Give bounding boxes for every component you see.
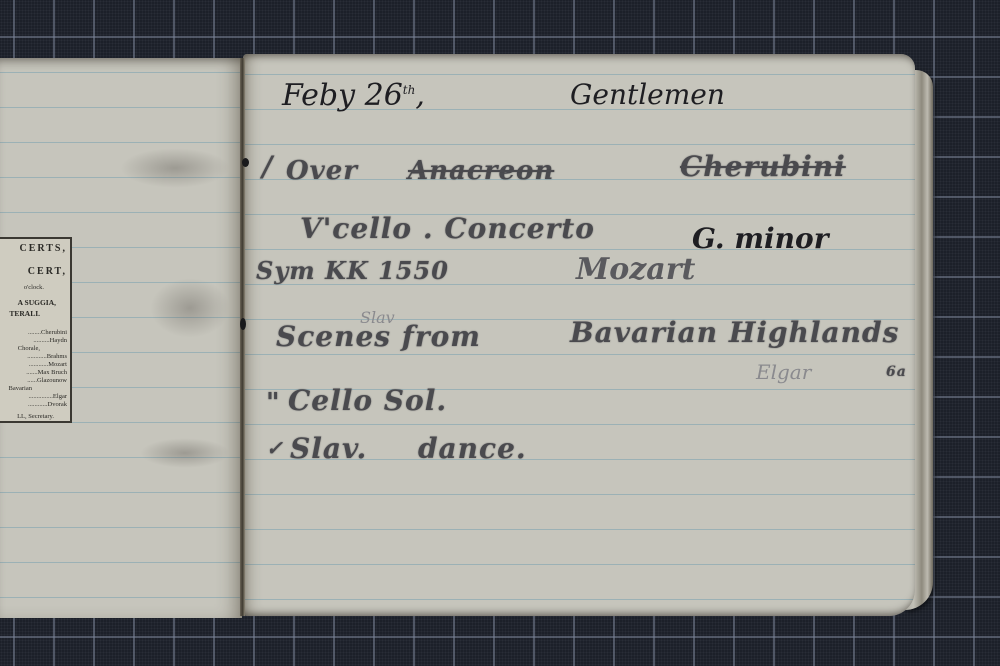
clipping-performer: A SUGGIA, — [18, 298, 56, 307]
clipping-subheader: CERT, — [28, 266, 67, 277]
smudge — [120, 148, 230, 188]
margin-note: 6a — [886, 364, 907, 380]
check-mark: ✓ — [266, 436, 284, 460]
program-item: ..........Haydn — [33, 337, 67, 344]
check-mark: / — [262, 150, 273, 183]
program-item: Bavarian — [9, 385, 32, 392]
entry-key: G. minor — [692, 222, 828, 255]
program-item: ...............Elgar — [29, 393, 67, 400]
smudge — [140, 438, 230, 468]
date: Feby 26th, — [282, 78, 425, 113]
ditto-mark: " — [266, 388, 281, 418]
entry-title: Sym KK 1550 — [256, 256, 449, 285]
entry-title: Over — [286, 156, 358, 186]
entry-title: V'cello . Concerto — [300, 212, 595, 245]
program-item: ......Glazounow — [27, 377, 67, 384]
newspaper-clipping: CERTS, CERT, o'clock. A SUGGIA, TERALI. … — [0, 237, 72, 423]
notebook-scan: CERTS, CERT, o'clock. A SUGGIA, TERALI. … — [0, 0, 1000, 666]
clipping-time: o'clock. — [24, 284, 44, 291]
clipping-header: CERTS, — [20, 243, 68, 254]
clipping-performer: TERALI. — [9, 309, 40, 318]
program-item: .......Max Bruch — [26, 369, 67, 376]
program-item: ............Brahms — [27, 353, 67, 360]
entry-title: Cello Sol. — [288, 384, 447, 417]
ink-blot — [240, 318, 246, 330]
entry-composer: Cherubini — [680, 150, 846, 183]
program-item: ............Dvorak — [28, 401, 67, 408]
entry-subtitle: Anacreon — [408, 156, 554, 186]
program-item: ............Mozart — [29, 361, 67, 368]
program-item: Chorale, — [18, 345, 40, 352]
entry-composer: Mozart — [576, 252, 695, 287]
smudge — [150, 278, 230, 338]
binding-gutter — [240, 58, 245, 616]
heading-gentlemen: Gentlemen — [570, 78, 725, 111]
ink-blot — [242, 158, 249, 167]
entry-title: Slav. dance. — [290, 432, 527, 465]
entry-composer: Elgar — [756, 360, 811, 384]
entry-subtitle: Bavarian Highlands — [570, 316, 899, 349]
program-item: ........Cherubini — [28, 329, 67, 336]
entry-title: Scenes from — [276, 320, 481, 353]
clipping-footer: LL, Secretary. — [17, 413, 54, 420]
